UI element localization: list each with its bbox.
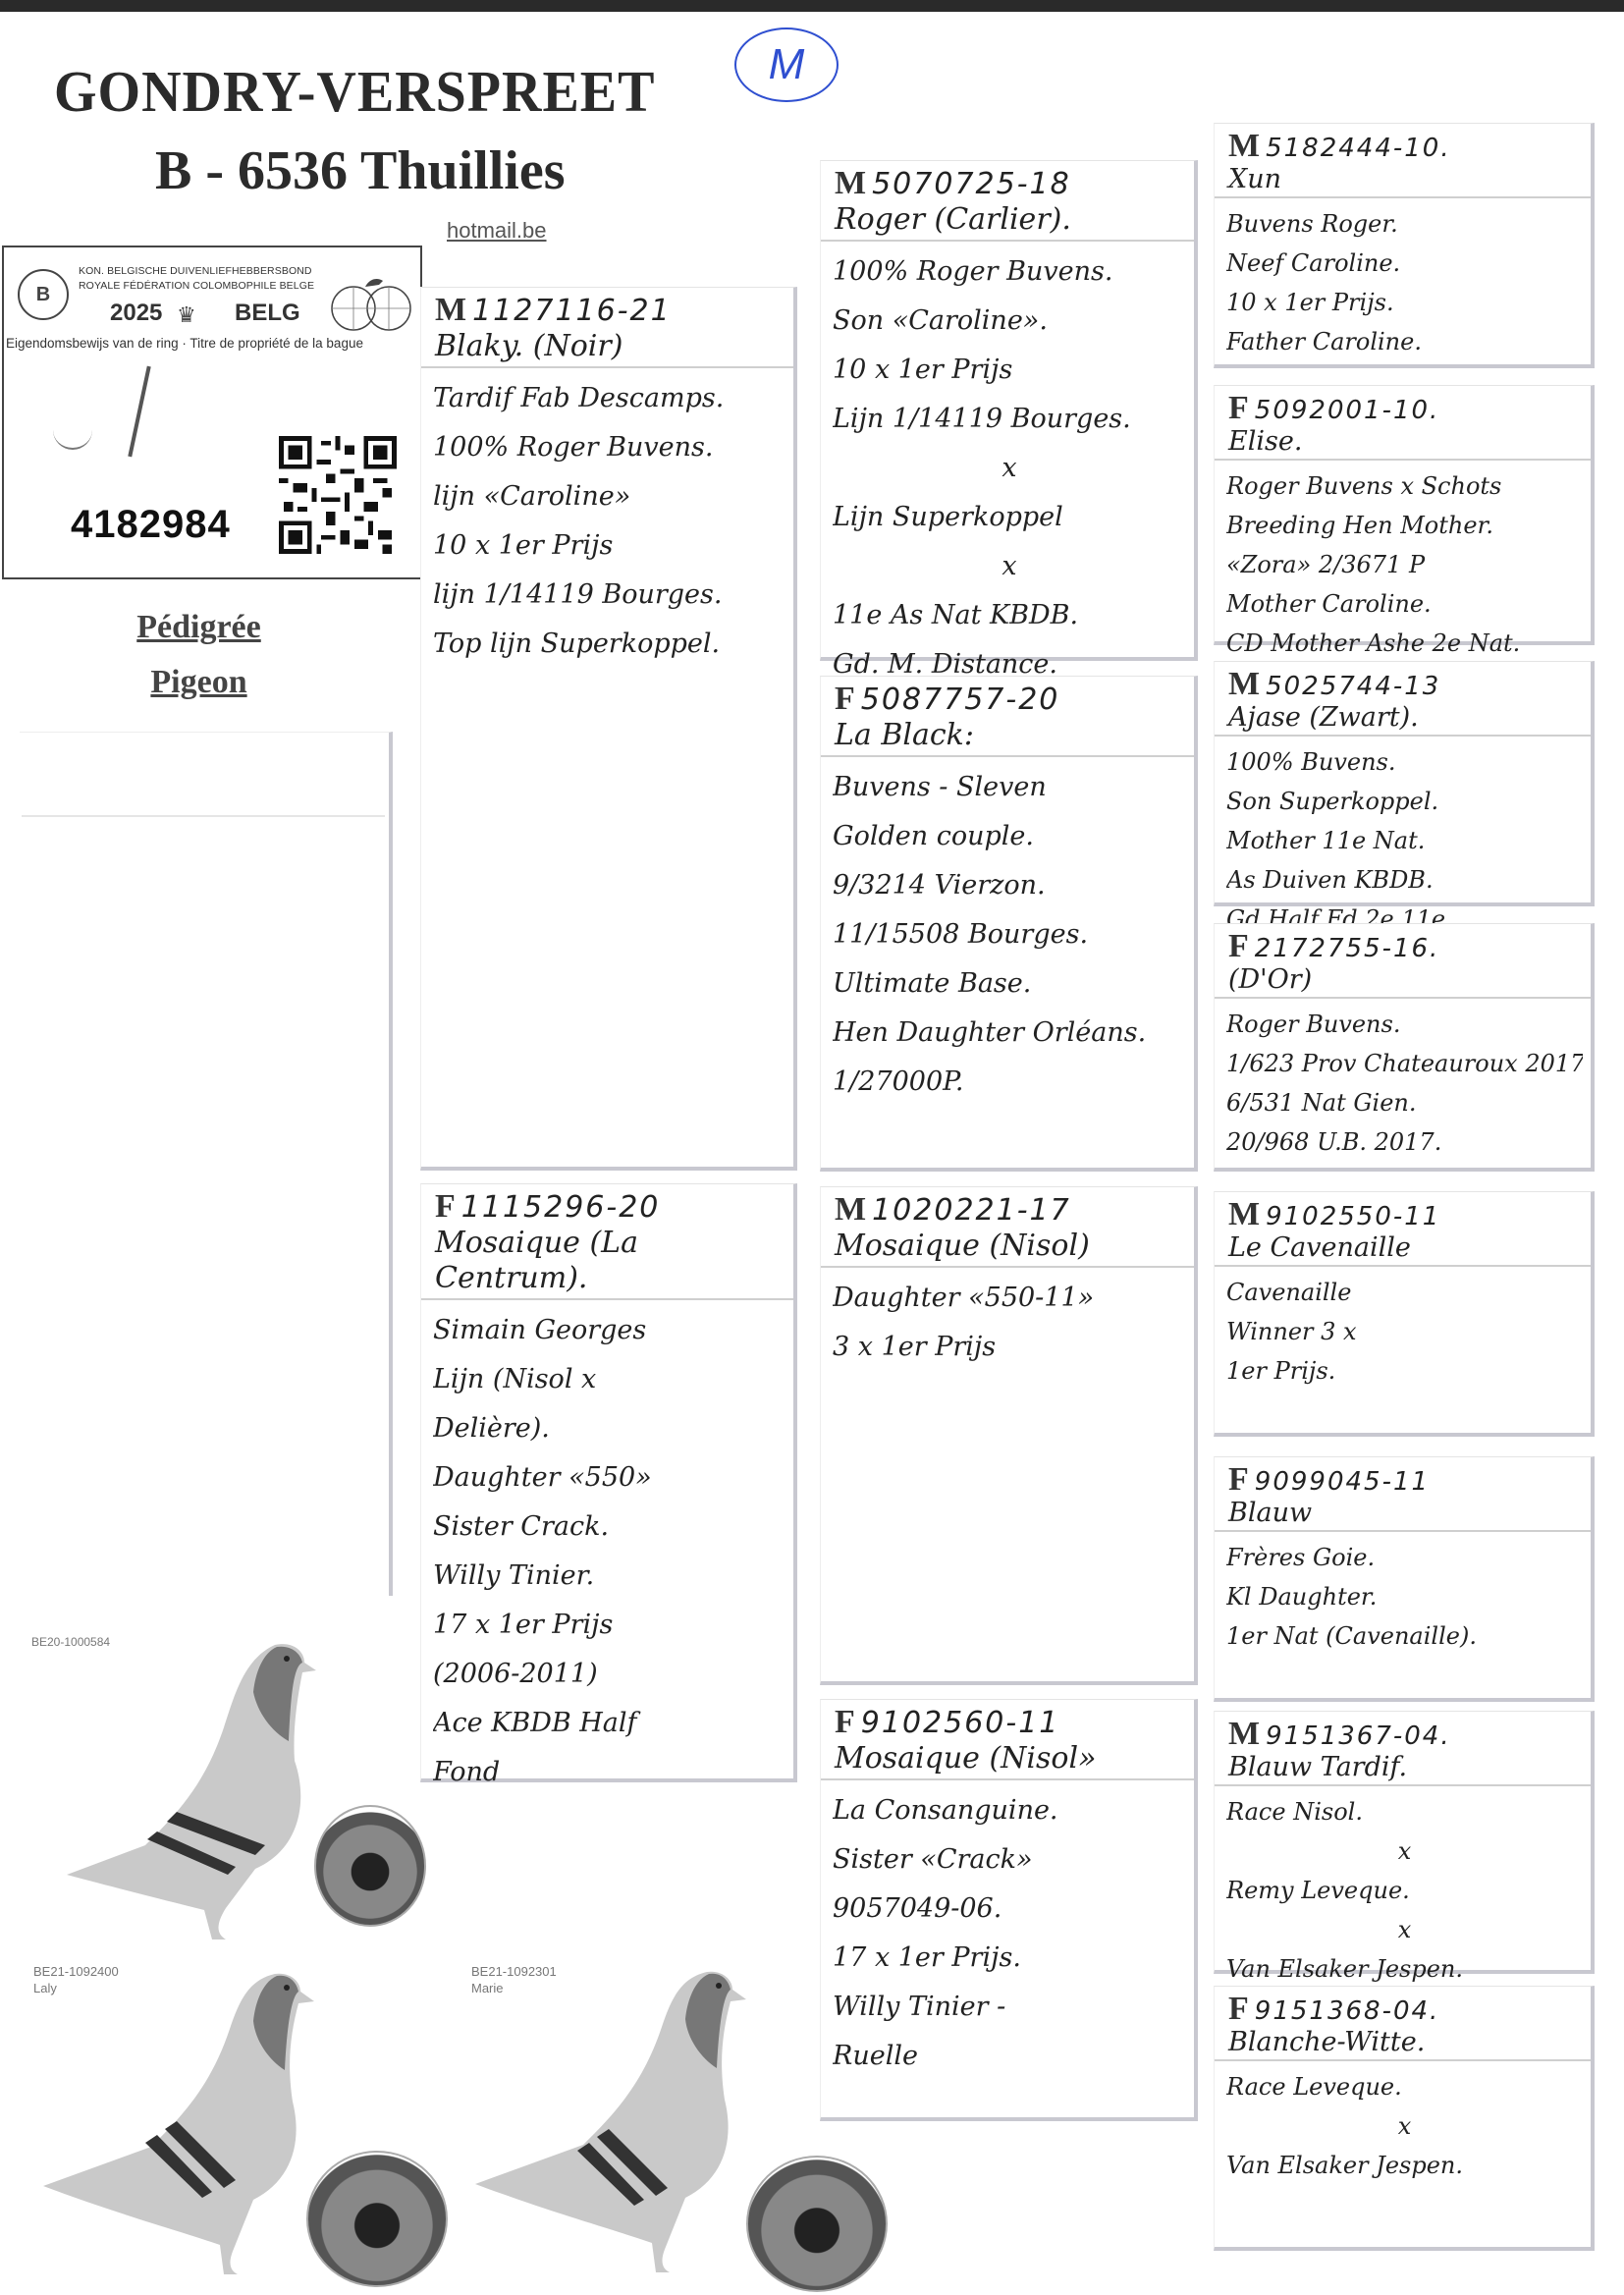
ring-number: 5092001-10. — [1255, 396, 1440, 425]
note-line: Golden couple. — [833, 812, 1186, 861]
scan-top-edge — [0, 0, 1624, 12]
note-line: 3 x 1er Prijs — [833, 1323, 1186, 1372]
ring-number: 5087757-20 — [861, 683, 1060, 717]
ring-ownership-card: B KON. BELGISCHE DUIVENLIEFHEBBERSBOND R… — [2, 246, 422, 579]
card-notes: Daughter «550-11»3 x 1er Prijs — [821, 1268, 1194, 1378]
card-header: F2172755-16.(D'Or) — [1215, 924, 1591, 999]
note-line: Lijn 1/14119 Bourges. — [833, 395, 1186, 444]
pigeon-name: (D'Or) — [1228, 965, 1581, 995]
pedigree-card-great-grandparent[interactable]: F5092001-10.Elise.Roger Buvens x SchotsB… — [1214, 385, 1595, 645]
card-header: M5070725-18Roger (Carlier). — [821, 161, 1194, 242]
note-line: Delière). — [433, 1404, 785, 1453]
note-line: x — [1226, 1910, 1583, 1949]
sex-marker: F — [1228, 1991, 1249, 2027]
note-line: 100% Buvens. — [1226, 742, 1583, 782]
pigeon-name: Roger (Carlier). — [835, 202, 1184, 238]
pigeon-name: Blaky. (Noir) — [435, 329, 784, 364]
note-line: x — [833, 444, 1186, 493]
note-line: Winner 3 x — [1226, 1312, 1583, 1351]
pedigree-card-paternal-grandfather[interactable]: M5070725-18Roger (Carlier).100% Roger Bu… — [820, 160, 1198, 661]
note-line: 1/27000P. — [833, 1058, 1186, 1107]
note-line: Willy Tinier - — [833, 1983, 1186, 2032]
crown-icon: ♛ — [177, 302, 196, 328]
note-line: Ace KBDB Half — [433, 1699, 785, 1748]
card-header: M5182444-10.Xun — [1215, 124, 1591, 198]
ring-number: 2172755-16. — [1255, 934, 1440, 963]
note-line: Buvens - Sleven — [833, 763, 1186, 812]
note-line: Fond — [433, 1748, 785, 1797]
pigeon-photo[interactable] — [20, 1964, 324, 2288]
ring-number: 5182444-10. — [1266, 134, 1451, 163]
card-notes: Tardif Fab Descamps.100% Roger Buvens.li… — [421, 368, 793, 675]
ring-number: 5070725-18 — [872, 167, 1071, 201]
note-line: Top lijn Superkoppel. — [433, 620, 785, 669]
note-line: Mother 11e Nat. — [1226, 821, 1583, 860]
sex-marker: M — [835, 165, 866, 201]
card-header: M9102550-11Le Cavenaille — [1215, 1192, 1591, 1267]
note-line: Ultimate Base. — [833, 959, 1186, 1009]
note-line: Sister Crack. — [433, 1503, 785, 1552]
card-header: F1115296-20Mosaique (La Centrum). — [421, 1184, 793, 1300]
ring-number: 5025744-13 — [1266, 672, 1440, 701]
note-line: Roger Buvens. — [1226, 1005, 1583, 1044]
pigeon-photo[interactable] — [461, 1962, 766, 2286]
note-line: Simain Georges — [433, 1306, 785, 1355]
note-line: 11/15508 Bourges. — [833, 910, 1186, 959]
note-line: Daughter «550» — [433, 1453, 785, 1503]
card-notes: Frères Goie.Kl Daughter.1er Nat (Cavenai… — [1215, 1532, 1591, 1662]
card-notes: Race Leveque.xVan Elsaker Jespen. — [1215, 2061, 1591, 2191]
note-line: Roger Buvens x Schots — [1226, 466, 1583, 506]
note-line: Remy Leveque. — [1226, 1871, 1583, 1910]
note-line: 10 x 1er Prijs — [433, 521, 785, 571]
pigeon-name: Elise. — [1228, 427, 1581, 457]
sex-marker: M — [1228, 128, 1260, 164]
card-notes: Simain GeorgesLijn (Nisol xDelière).Daug… — [421, 1300, 793, 1803]
note-line: Lijn Superkoppel — [833, 493, 1186, 542]
card-header: F9102560-11Mosaique (Nisol» — [821, 1700, 1194, 1780]
card-notes: 100% Roger Buvens.Son «Caroline».10 x 1e… — [821, 242, 1194, 695]
breeder-address: B - 6536 Thuillies — [155, 139, 566, 202]
heading-pedigree: Pédigrée — [0, 609, 398, 646]
federation-name-fr: ROYALE FÉDÉRATION COLOMBOPHILE BELGE — [79, 280, 314, 292]
pigeon-name: Xun — [1228, 165, 1581, 194]
sex-marker: M — [1228, 1716, 1260, 1752]
note-line: 100% Roger Buvens. — [833, 247, 1186, 297]
ring-year: 2025 — [110, 300, 162, 327]
sex-marker: F — [835, 681, 855, 717]
card-header: M5025744-13Ajase (Zwart). — [1215, 662, 1591, 737]
federation-name-nl: KON. BELGISCHE DUIVENLIEFHEBBERSBOND — [79, 265, 312, 277]
pedigree-card-maternal-grandmother[interactable]: F9102560-11Mosaique (Nisol»La Consanguin… — [820, 1699, 1198, 2121]
sex-marker: M — [835, 1191, 866, 1228]
left-column-divider — [22, 815, 385, 817]
pigeon-name: Blauw Tardif. — [1228, 1753, 1581, 1782]
pedigree-card-great-grandparent[interactable]: F9099045-11BlauwFrères Goie.Kl Daughter.… — [1214, 1456, 1595, 1702]
note-line: Sister «Crack» — [833, 1835, 1186, 1885]
note-line: Race Leveque. — [1226, 2067, 1583, 2106]
note-line: lijn 1/14119 Bourges. — [433, 571, 785, 620]
card-header: F5092001-10.Elise. — [1215, 386, 1591, 461]
note-line: 1/623 Prov Chateauroux 2017 — [1226, 1044, 1583, 1083]
pigeon-name: La Black: — [835, 718, 1184, 753]
note-line: 1er Nat (Cavenaille). — [1226, 1616, 1583, 1656]
ring-country: BELG — [235, 300, 300, 327]
note-line: Father Caroline. — [1226, 322, 1583, 361]
sex-marker: F — [435, 1188, 456, 1225]
pigeon-name: Blauw — [1228, 1499, 1581, 1528]
note-line: Willy Tinier. — [433, 1552, 785, 1601]
note-line: Kl Daughter. — [1226, 1577, 1583, 1616]
note-line: 17 x 1er Prijs. — [833, 1934, 1186, 1983]
note-line: Tardif Fab Descamps. — [433, 374, 785, 423]
card-header: F5087757-20La Black: — [821, 677, 1194, 757]
pen-mark — [128, 366, 150, 458]
note-line: La Consanguine. — [833, 1786, 1186, 1835]
ring-number: 9099045-11 — [1255, 1467, 1430, 1497]
left-column-frame — [20, 732, 393, 1596]
fci-globe-logo — [326, 277, 416, 332]
note-line: x — [1226, 1831, 1583, 1871]
sex-marker: F — [1228, 390, 1249, 426]
federation-b-logo: B — [18, 269, 69, 320]
breeder-name: GONDRY-VERSPREET — [54, 59, 656, 125]
note-line: «Zora» 2/3671 P — [1226, 545, 1583, 584]
pigeon-name: Blanche-Witte. — [1228, 2028, 1581, 2057]
heading-pigeon: Pigeon — [0, 664, 398, 701]
pedigree-card-paternal-grandmother[interactable]: F5087757-20La Black:Buvens - SlevenGolde… — [820, 676, 1198, 1172]
ring-number: 9151367-04. — [1266, 1721, 1451, 1751]
card-notes: Race Nisol.xRemy Leveque.xVan Elsaker Je… — [1215, 1786, 1591, 1994]
note-line: 100% Roger Buvens. — [433, 423, 785, 472]
pedigree-card-great-grandparent[interactable]: F2172755-16.(D'Or)Roger Buvens.1/623 Pro… — [1214, 923, 1595, 1172]
note-line: Buvens Roger. — [1226, 204, 1583, 244]
pigeon-name: Ajase (Zwart). — [1228, 703, 1581, 733]
pigeon-name: Mosaique (La Centrum). — [435, 1226, 784, 1296]
pedigree-card-great-grandparent[interactable]: M5182444-10.XunBuvens Roger.Neef Carolin… — [1214, 123, 1595, 368]
note-line: Van Elsaker Jespen. — [1226, 2146, 1583, 2185]
card-notes: 100% Buvens.Son Superkoppel.Mother 11e N… — [1215, 737, 1591, 945]
pedigree-card-great-grandparent[interactable]: M5025744-13Ajase (Zwart).100% Buvens.Son… — [1214, 661, 1595, 906]
note-line: CD Mother Ashe 2e Nat. — [1226, 624, 1583, 663]
note-line: Son «Caroline». — [833, 297, 1186, 346]
note-line: Race Nisol. — [1226, 1792, 1583, 1831]
card-header: M1127116-21Blaky. (Noir) — [421, 288, 793, 368]
note-line: Breeding Hen Mother. — [1226, 506, 1583, 545]
note-line: 9057049-06. — [833, 1885, 1186, 1934]
sex-marker: M — [1228, 666, 1260, 702]
note-line: As Duiven KBDB. — [1226, 860, 1583, 900]
sex-marker: F — [835, 1704, 855, 1740]
pedigree-card-maternal-grandfather[interactable]: M1020221-17Mosaique (Nisol)Daughter «550… — [820, 1186, 1198, 1685]
pedigree-card-mother[interactable]: F1115296-20Mosaique (La Centrum).Simain … — [420, 1183, 797, 1782]
pigeon-photo[interactable] — [29, 1625, 334, 1949]
note-line: 10 x 1er Prijs — [833, 346, 1186, 395]
note-line: Mother Caroline. — [1226, 584, 1583, 624]
note-line: Ruelle — [833, 2032, 1186, 2081]
note-line: Lijn (Nisol x — [433, 1355, 785, 1404]
note-line: Hen Daughter Orléans. — [833, 1009, 1186, 1058]
sex-marker: M — [435, 292, 466, 328]
qr-code[interactable] — [277, 436, 399, 554]
pigeon-name: Mosaique (Nisol» — [835, 1741, 1184, 1776]
note-line: Neef Caroline. — [1226, 244, 1583, 283]
note-line: (2006-2011) — [433, 1650, 785, 1699]
pigeon-eye-photo — [314, 1805, 426, 1927]
note-line: 11e As Nat KBDB. — [833, 591, 1186, 640]
note-line: Frères Goie. — [1226, 1538, 1583, 1577]
pedigree-card-great-grandparent[interactable]: M9102550-11Le CavenailleCavenailleWinner… — [1214, 1191, 1595, 1437]
note-line: Van Elsaker Jespen. — [1226, 1949, 1583, 1989]
note-line: Cavenaille — [1226, 1273, 1583, 1312]
card-header: F9099045-11Blauw — [1215, 1457, 1591, 1532]
card-notes: La Consanguine.Sister «Crack»9057049-06.… — [821, 1780, 1194, 2087]
sex-marker: F — [1228, 1461, 1249, 1498]
pigeon-name: Le Cavenaille — [1228, 1233, 1581, 1263]
ring-number: 1115296-20 — [461, 1190, 661, 1225]
card-notes: Buvens - SlevenGolden couple.9/3214 Vier… — [821, 757, 1194, 1113]
note-line: 10 x 1er Prijs. — [1226, 283, 1583, 322]
card-notes: Roger Buvens.1/623 Prov Chateauroux 2017… — [1215, 999, 1591, 1168]
note-line: 17 x 1er Prijs — [433, 1601, 785, 1650]
card-notes: Buvens Roger.Neef Caroline.10 x 1er Prij… — [1215, 198, 1591, 367]
card-header: M1020221-17Mosaique (Nisol) — [821, 1187, 1194, 1268]
note-line: 20/968 U.B. 2017. — [1226, 1122, 1583, 1162]
ownership-title: Eigendomsbewijs van de ring · Titre de p… — [6, 336, 363, 351]
note-line: x — [833, 542, 1186, 591]
note-line: Son Superkoppel. — [1226, 782, 1583, 821]
pigeon-name: Mosaique (Nisol) — [835, 1229, 1184, 1264]
note-line: 9/3214 Vierzon. — [833, 861, 1186, 910]
pedigree-card-great-grandparent[interactable]: F9151368-04.Blanche-Witte.Race Leveque.x… — [1214, 1986, 1595, 2251]
card-header: F9151368-04.Blanche-Witte. — [1215, 1987, 1591, 2061]
pedigree-card-great-grandparent[interactable]: M9151367-04.Blauw Tardif.Race Nisol.xRem… — [1214, 1711, 1595, 1974]
card-notes: Roger Buvens x SchotsBreeding Hen Mother… — [1215, 461, 1591, 669]
note-line: 6/531 Nat Gien. — [1226, 1083, 1583, 1122]
pen-arc-mark — [53, 426, 92, 450]
pigeon-eye-photo — [746, 2156, 888, 2292]
ring-number: 9102560-11 — [861, 1706, 1060, 1740]
ring-number: 4182984 — [71, 503, 231, 547]
sex-marker: F — [1228, 928, 1249, 964]
pigeon-eye-photo — [306, 2151, 448, 2287]
card-notes: CavenailleWinner 3 x1er Prijs. — [1215, 1267, 1591, 1396]
pedigree-card-father[interactable]: M1127116-21Blaky. (Noir)Tardif Fab Desca… — [420, 287, 797, 1171]
sex-marker: M — [1228, 1196, 1260, 1232]
ring-number: 9102550-11 — [1266, 1202, 1440, 1231]
ring-number: 9151368-04. — [1255, 1996, 1440, 2026]
card-header: M9151367-04.Blauw Tardif. — [1215, 1712, 1591, 1786]
email-fragment: hotmail.be — [447, 218, 547, 244]
sex-badge: M — [734, 27, 839, 102]
ring-number: 1127116-21 — [472, 294, 672, 328]
note-line: Daughter «550-11» — [833, 1274, 1186, 1323]
logo-letter: B — [36, 284, 50, 306]
note-line: x — [1226, 2106, 1583, 2146]
ring-number: 1020221-17 — [872, 1193, 1071, 1228]
note-line: 1er Prijs. — [1226, 1351, 1583, 1391]
note-line: lijn «Caroline» — [433, 472, 785, 521]
